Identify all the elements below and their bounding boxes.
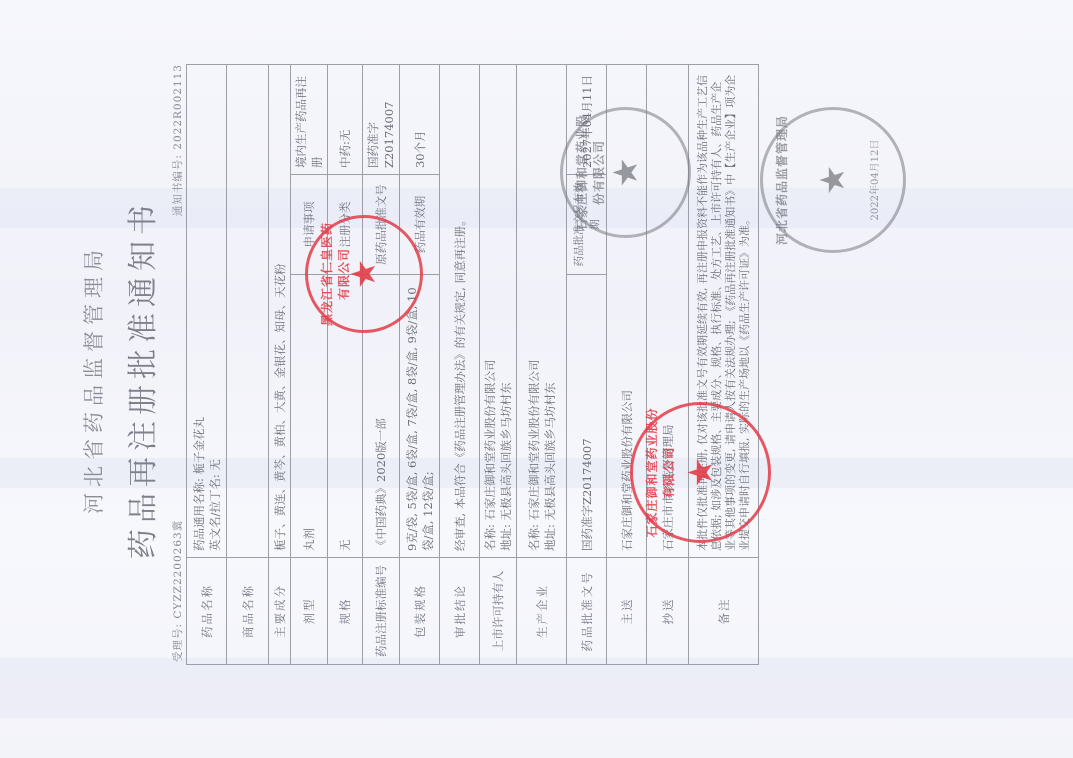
row-dosage-form: 剂型 丸剂 申请事项 境内生产药品再注册 — [291, 65, 328, 665]
value-approval-no: 国药准字Z20174007 — [567, 275, 607, 558]
label-dosage-form: 剂型 — [291, 558, 328, 665]
row-drug-name: 药品名称 药品通用名称: 栀子金花丸 英文名/拉丁名: 无 — [187, 65, 227, 665]
english-name: 英文名/拉丁名: 无 — [207, 71, 223, 551]
value-trade-name — [227, 65, 269, 558]
value-original-approval-no: 国药准字Z20174007 — [363, 65, 400, 175]
value-standard-no: 《中国药典》2020版一部 — [363, 275, 400, 558]
value-application-item: 境内生产药品再注册 — [291, 65, 328, 175]
label-remarks: 备注 — [689, 558, 759, 665]
label-registration-category: 注册分类 — [328, 175, 363, 275]
hebei-fda-seal: 河北省药品监督管理局 ★ 2022年04月12日 — [760, 107, 906, 253]
value-approval-validity: 2027年04月11日 — [567, 65, 607, 175]
row-trade-name: 商品名称 — [227, 65, 269, 665]
issuing-agency: 河北省药品监督管理局 — [78, 0, 108, 758]
manufacturer-name: 名称: 石家庄御和堂药业股份有限公司 — [526, 71, 542, 551]
notice-number: 通知书编号: 2022R002113 — [170, 64, 185, 216]
acceptance-number-label: 受理号: — [172, 623, 184, 662]
value-conclusion: 经审查, 本品符合《药品注册管理办法》的有关规定, 同意再注册。 — [440, 65, 480, 558]
acceptance-number: 受理号: CYZZ2200263冀 — [170, 520, 185, 662]
row-mah: 上市许可持有人 名称: 石家庄御和堂药业股份有限公司 地址: 无极县高头回族乡马… — [480, 65, 517, 665]
row-packaging: 包装规格 9克/袋, 5袋/盒, 6袋/盒, 7袋/盒, 8袋/盒, 9袋/盒,… — [400, 65, 440, 665]
document-title: 药品再注册批准通知书 — [118, 0, 162, 758]
label-to: 主送 — [607, 558, 647, 665]
generic-name: 药品通用名称: 栀子金花丸 — [191, 71, 207, 551]
value-spec: 无 — [328, 275, 363, 558]
value-packaging: 9克/袋, 5袋/盒, 6袋/盒, 7袋/盒, 8袋/盒, 9袋/盒, 10袋/… — [400, 275, 440, 558]
row-spec: 规格 无 注册分类 中药:无 — [328, 65, 363, 665]
label-mah: 上市许可持有人 — [480, 558, 517, 665]
document-page: 河北省药品监督管理局 药品再注册批准通知书 受理号: CYZZ2200263冀 … — [0, 0, 1073, 758]
mah-name: 名称: 石家庄御和堂药业股份有限公司 — [482, 71, 498, 551]
mah-address: 地址: 无极县高头回族乡马坊村东 — [498, 71, 514, 551]
notice-number-label: 通知书编号: — [172, 154, 184, 216]
value-cc: 石家庄市市场监督管理局 — [647, 65, 689, 558]
value-registration-category: 中药:无 — [328, 65, 363, 175]
value-drug-name: 药品通用名称: 栀子金花丸 英文名/拉丁名: 无 — [187, 65, 227, 558]
row-to: 主送 石家庄御和堂药业股份有限公司 — [607, 65, 647, 665]
label-standard-no: 药品注册标准编号 — [363, 558, 400, 665]
label-manufacturer: 生产企业 — [517, 558, 567, 665]
seal-text: 河北省药品监督管理局 — [773, 110, 790, 250]
label-spec: 规格 — [328, 558, 363, 665]
label-packaging: 包装规格 — [400, 558, 440, 665]
value-mah: 名称: 石家庄御和堂药业股份有限公司 地址: 无极县高头回族乡马坊村东 — [480, 65, 517, 558]
value-shelf-life: 30个月 — [400, 65, 440, 175]
row-ingredients: 主要成分 栀子、黄连、黄芩、黄柏、大黄、金银花、知母、天花粉 — [269, 65, 291, 665]
row-conclusion: 审批结论 经审查, 本品符合《药品注册管理办法》的有关规定, 同意再注册。 — [440, 65, 480, 665]
acceptance-number-value: CYZZ2200263冀 — [172, 520, 184, 619]
row-standard-no: 药品注册标准编号 《中国药典》2020版一部 原药品批准文号 国药准字Z2017… — [363, 65, 400, 665]
label-ingredients: 主要成分 — [269, 558, 291, 665]
notice-number-value: 2022R002113 — [172, 64, 184, 150]
label-cc: 抄送 — [647, 558, 689, 665]
row-cc: 抄送 石家庄市市场监督管理局 — [647, 65, 689, 665]
row-remarks: 备注 本批件仅批准再注册, 仅对该批准文号有效期延续有效, 再注册申报资料不能作… — [689, 65, 759, 665]
value-remarks: 本批件仅批准再注册, 仅对该批准文号有效期延续有效, 再注册申报资料不能作为该品… — [689, 65, 759, 558]
label-conclusion: 审批结论 — [440, 558, 480, 665]
label-shelf-life: 药品有效期 — [400, 175, 440, 275]
row-manufacturer: 生产企业 名称: 石家庄御和堂药业股份有限公司 地址: 无极县高头回族乡马坊村东 — [517, 65, 567, 665]
label-drug-name: 药品名称 — [187, 558, 227, 665]
label-approval-validity: 药品批准文号有效期 — [567, 175, 607, 275]
approval-table: 药品名称 药品通用名称: 栀子金花丸 英文名/拉丁名: 无 商品名称 主要成分 … — [186, 64, 759, 665]
value-ingredients: 栀子、黄连、黄芩、黄柏、大黄、金银花、知母、天花粉 — [269, 65, 291, 558]
value-dosage-form: 丸剂 — [291, 275, 328, 558]
label-approval-no: 药品批准文号 — [567, 558, 607, 665]
value-manufacturer: 名称: 石家庄御和堂药业股份有限公司 地址: 无极县高头回族乡马坊村东 — [517, 65, 567, 558]
row-approval-no: 药品批准文号 国药准字Z20174007 药品批准文号有效期 2027年04月1… — [567, 65, 607, 665]
manufacturer-address: 地址: 无极县高头回族乡马坊村东 — [542, 71, 558, 551]
label-application-item: 申请事项 — [291, 175, 328, 275]
label-trade-name: 商品名称 — [227, 558, 269, 665]
value-to: 石家庄御和堂药业股份有限公司 — [607, 65, 647, 558]
seal-date: 2022年04月12日 — [866, 110, 881, 250]
label-original-approval-no: 原药品批准文号 — [363, 175, 400, 275]
